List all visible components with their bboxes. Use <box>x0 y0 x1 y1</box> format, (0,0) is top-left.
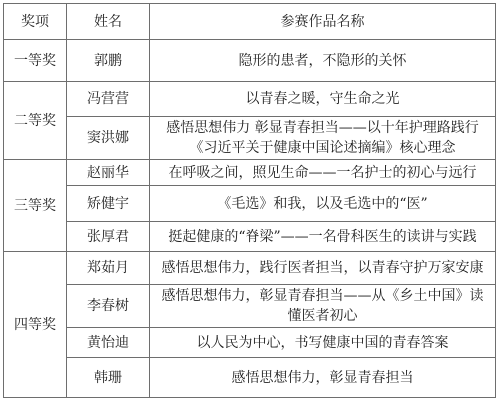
award-results-table: 奖项 姓名 参赛作品名称 一等奖 郭鹏 隐形的患者，不隐形的关怀 二等奖 冯营营… <box>3 3 496 398</box>
table-row: 矫健宇 《毛选》和我，以及毛选中的“医” <box>4 186 496 222</box>
name-cell: 冯营营 <box>67 82 150 117</box>
award-cell-fourth-prize: 四等奖 <box>4 252 67 398</box>
header-name: 姓名 <box>67 4 150 40</box>
name-cell: 李春树 <box>67 285 150 328</box>
title-cell: 感悟思想伟力，彰显青春担当——从《乡土中国》读懂医者初心 <box>150 285 496 328</box>
header-award: 奖项 <box>4 4 67 40</box>
title-cell: 在呼吸之间，照见生命——一名护士的初心与远行 <box>150 160 496 186</box>
title-cell: 隐形的患者，不隐形的关怀 <box>150 40 496 82</box>
table-row: 窦洪娜 感悟思想伟力 彰显青春担当——以十年护理路践行《习近平关于健康中国论述摘… <box>4 117 496 160</box>
title-cell: 感悟思想伟力，彰显青春担当 <box>150 358 496 398</box>
table-row: 四等奖 郑茹月 感悟思想伟力，践行医者担当，以青春守护万家安康 <box>4 252 496 285</box>
table-row: 三等奖 赵丽华 在呼吸之间，照见生命——一名护士的初心与远行 <box>4 160 496 186</box>
table-row: 一等奖 郭鹏 隐形的患者，不隐形的关怀 <box>4 40 496 82</box>
table-row: 二等奖 冯营营 以青春之暖，守生命之光 <box>4 82 496 117</box>
table-row: 李春树 感悟思想伟力，彰显青春担当——从《乡土中国》读懂医者初心 <box>4 285 496 328</box>
title-cell: 挺起健康的“脊梁”——一名骨科医生的读讲与实践 <box>150 222 496 252</box>
title-cell: 感悟思想伟力，践行医者担当，以青春守护万家安康 <box>150 252 496 285</box>
name-cell: 矫健宇 <box>67 186 150 222</box>
title-cell: 感悟思想伟力 彰显青春担当——以十年护理路践行《习近平关于健康中国论述摘编》核心… <box>150 117 496 160</box>
name-cell: 黄怡迪 <box>67 328 150 358</box>
title-cell: 《毛选》和我，以及毛选中的“医” <box>150 186 496 222</box>
name-cell: 窦洪娜 <box>67 117 150 160</box>
award-cell-third-prize: 三等奖 <box>4 160 67 252</box>
name-cell: 张厚君 <box>67 222 150 252</box>
name-cell: 赵丽华 <box>67 160 150 186</box>
table-row: 韩珊 感悟思想伟力，彰显青春担当 <box>4 358 496 398</box>
header-title: 参赛作品名称 <box>150 4 496 40</box>
table-row: 张厚君 挺起健康的“脊梁”——一名骨科医生的读讲与实践 <box>4 222 496 252</box>
title-cell: 以青春之暖，守生命之光 <box>150 82 496 117</box>
table-row: 黄怡迪 以人民为中心，书写健康中国的青春答案 <box>4 328 496 358</box>
name-cell: 韩珊 <box>67 358 150 398</box>
award-cell-first-prize: 一等奖 <box>4 40 67 82</box>
title-cell: 以人民为中心，书写健康中国的青春答案 <box>150 328 496 358</box>
name-cell: 郑茹月 <box>67 252 150 285</box>
name-cell: 郭鹏 <box>67 40 150 82</box>
table-header-row: 奖项 姓名 参赛作品名称 <box>4 4 496 40</box>
award-cell-second-prize: 二等奖 <box>4 82 67 160</box>
